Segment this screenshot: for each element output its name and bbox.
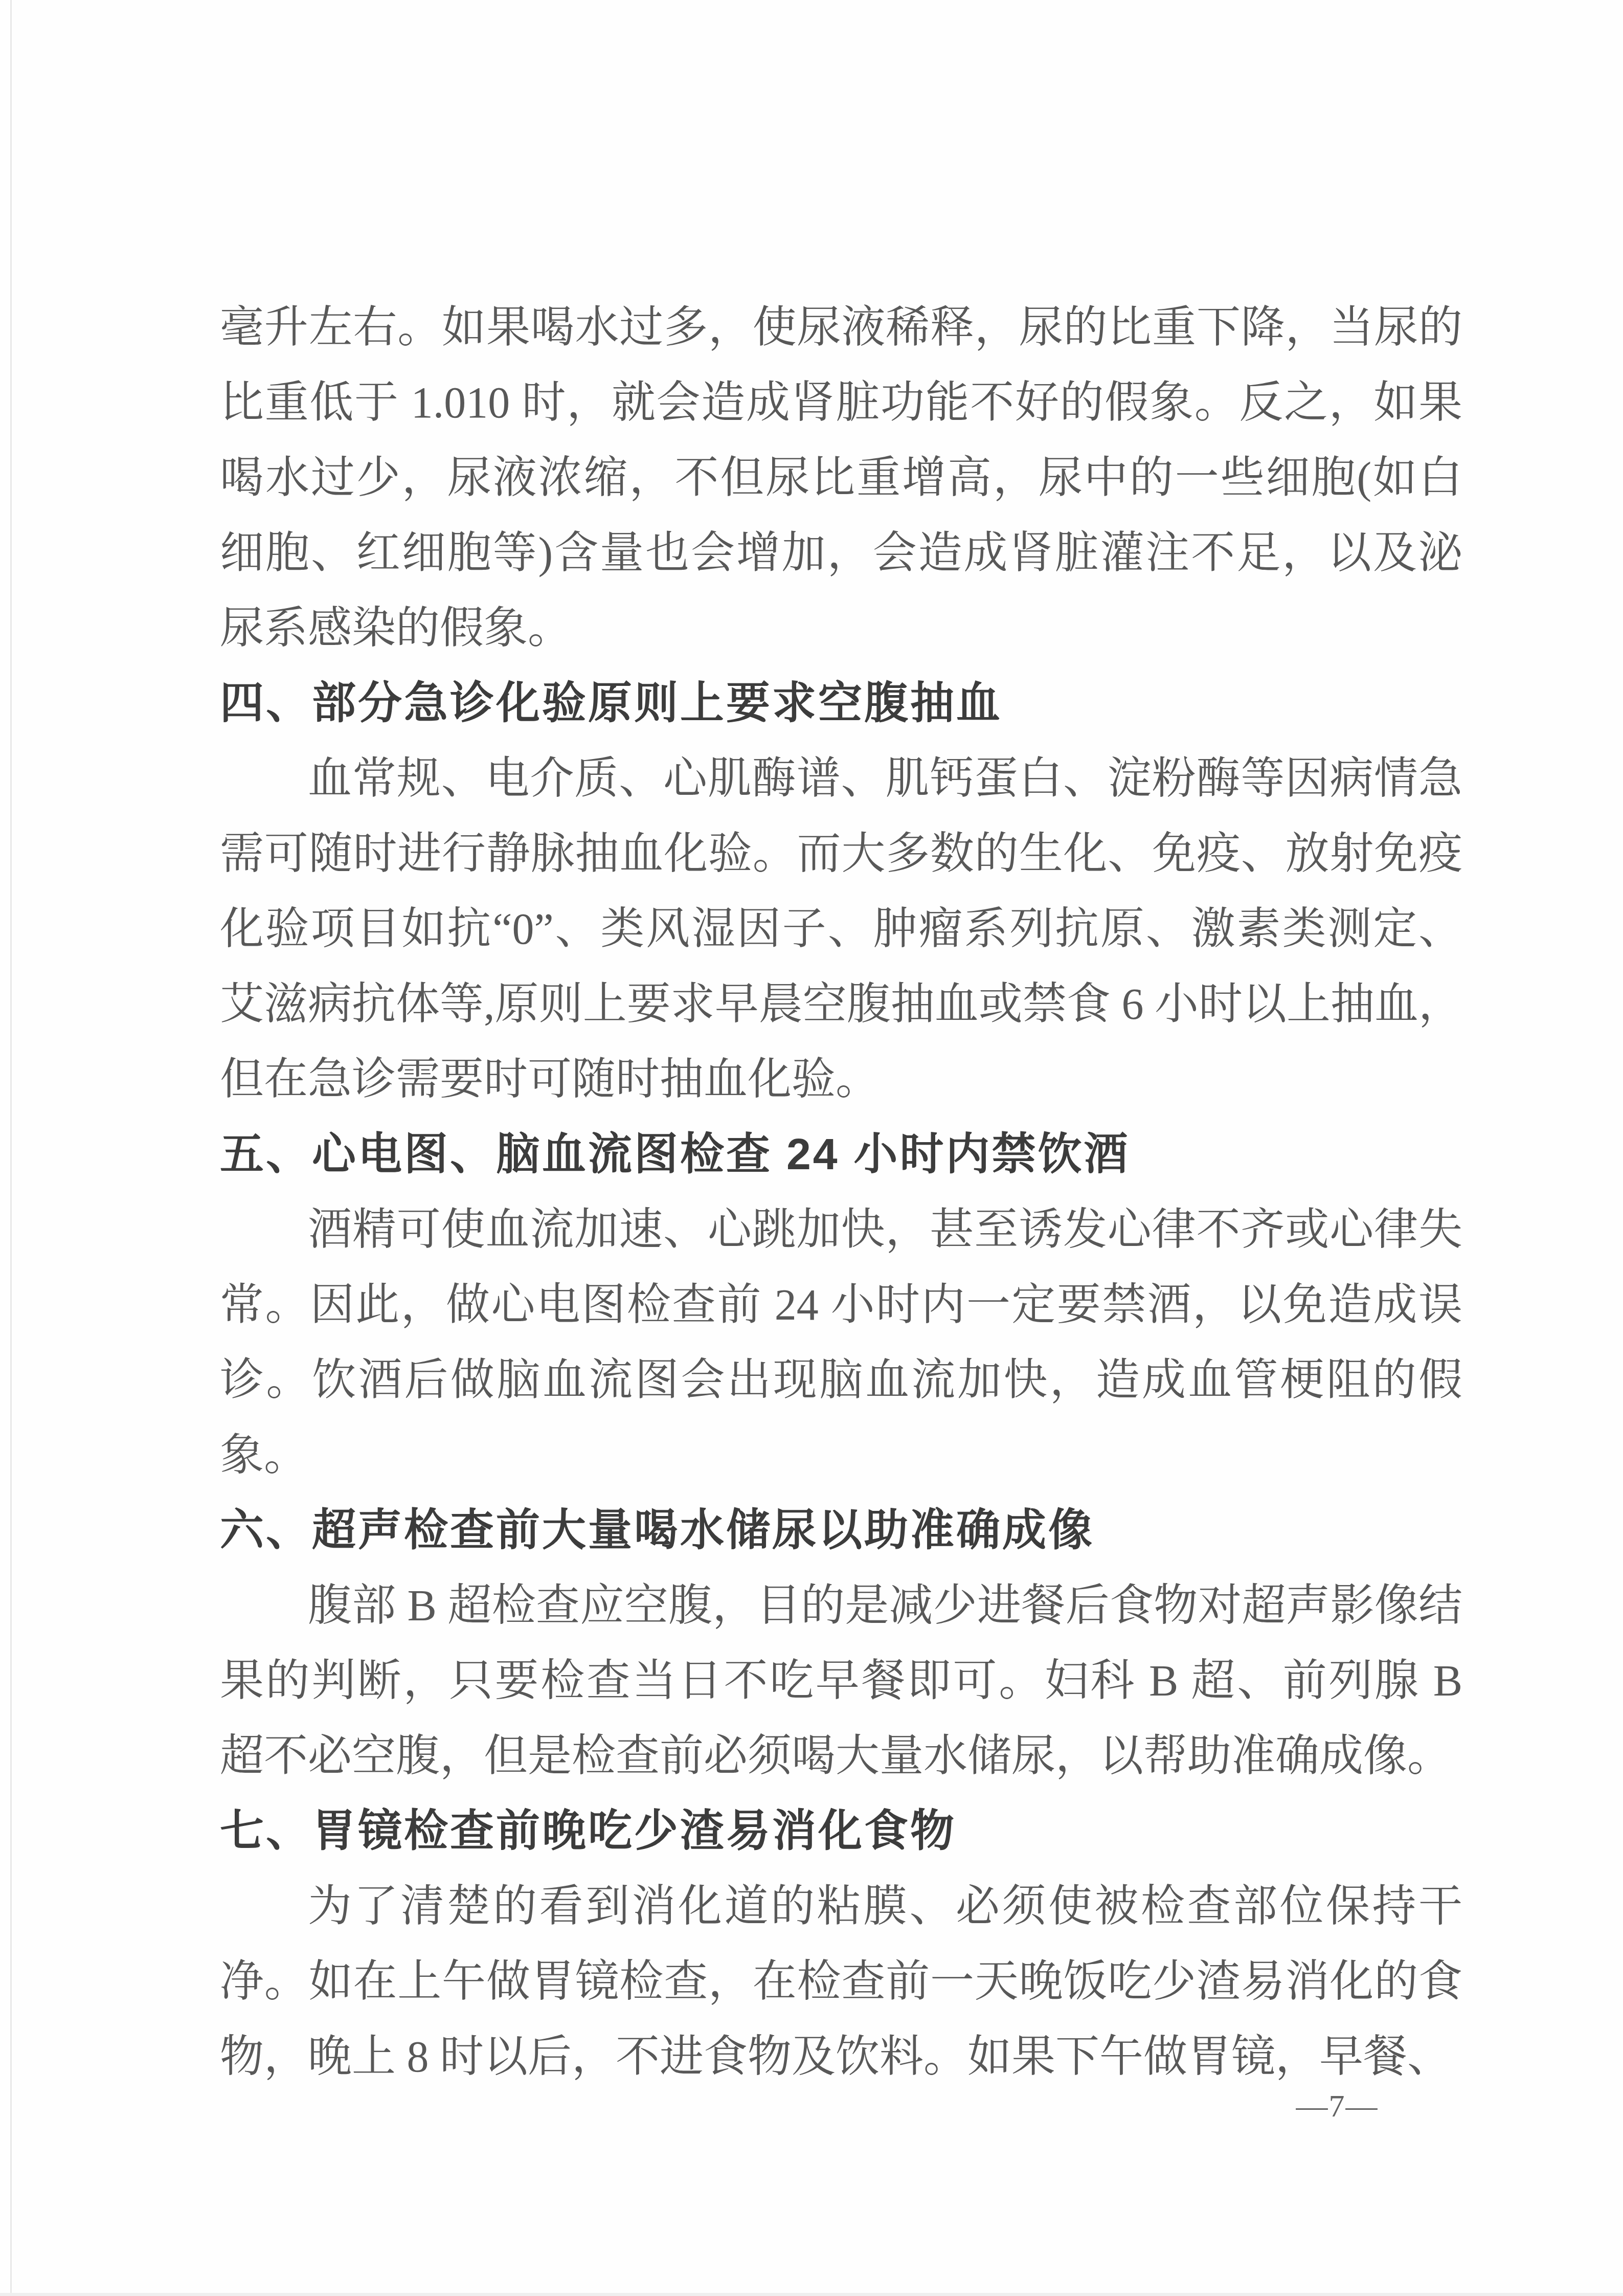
section-heading-5: 五、心电图、脑血流图检查 24 小时内禁饮酒 [220, 1117, 1462, 1192]
scan-bottom-edge [0, 2293, 1623, 2296]
section-heading-6: 六、超声检查前大量喝水储尿以助准确成像 [220, 1493, 1462, 1568]
section-paragraph-6: 腹部 B 超检查应空腹，目的是减少进餐后食物对超声影像结果的判断，只要检查当日不… [220, 1568, 1462, 1794]
scanner-artifact-line [10, 0, 12, 2296]
section-heading-4: 四、部分急诊化验原则上要求空腹抽血 [220, 666, 1462, 741]
section-paragraph-5: 酒精可使血流加速、心跳加快，甚至诱发心律不齐或心律失常。因此，做心电图检查前 2… [220, 1192, 1462, 1493]
scanned-document-page: 毫升左右。如果喝水过多，使尿液稀释，尿的比重下降，当尿的比重低于 1.010 时… [0, 0, 1623, 2296]
section-heading-7: 七、胃镜检查前晚吃少渣易消化食物 [220, 1794, 1462, 1869]
section-paragraph-7: 为了清楚的看到消化道的粘膜、必须使被检查部位保持干净。如在上午做胃镜检查，在检查… [220, 1869, 1462, 2094]
page-number: —7— [1283, 2086, 1391, 2127]
document-text-block: 毫升左右。如果喝水过多，使尿液稀释，尿的比重下降，当尿的比重低于 1.010 时… [220, 290, 1462, 2094]
continuation-paragraph: 毫升左右。如果喝水过多，使尿液稀释，尿的比重下降，当尿的比重低于 1.010 时… [220, 290, 1462, 666]
section-paragraph-4: 血常规、电介质、心肌酶谱、肌钙蛋白、淀粉酶等因病情急需可随时进行静脉抽血化验。而… [220, 741, 1462, 1117]
